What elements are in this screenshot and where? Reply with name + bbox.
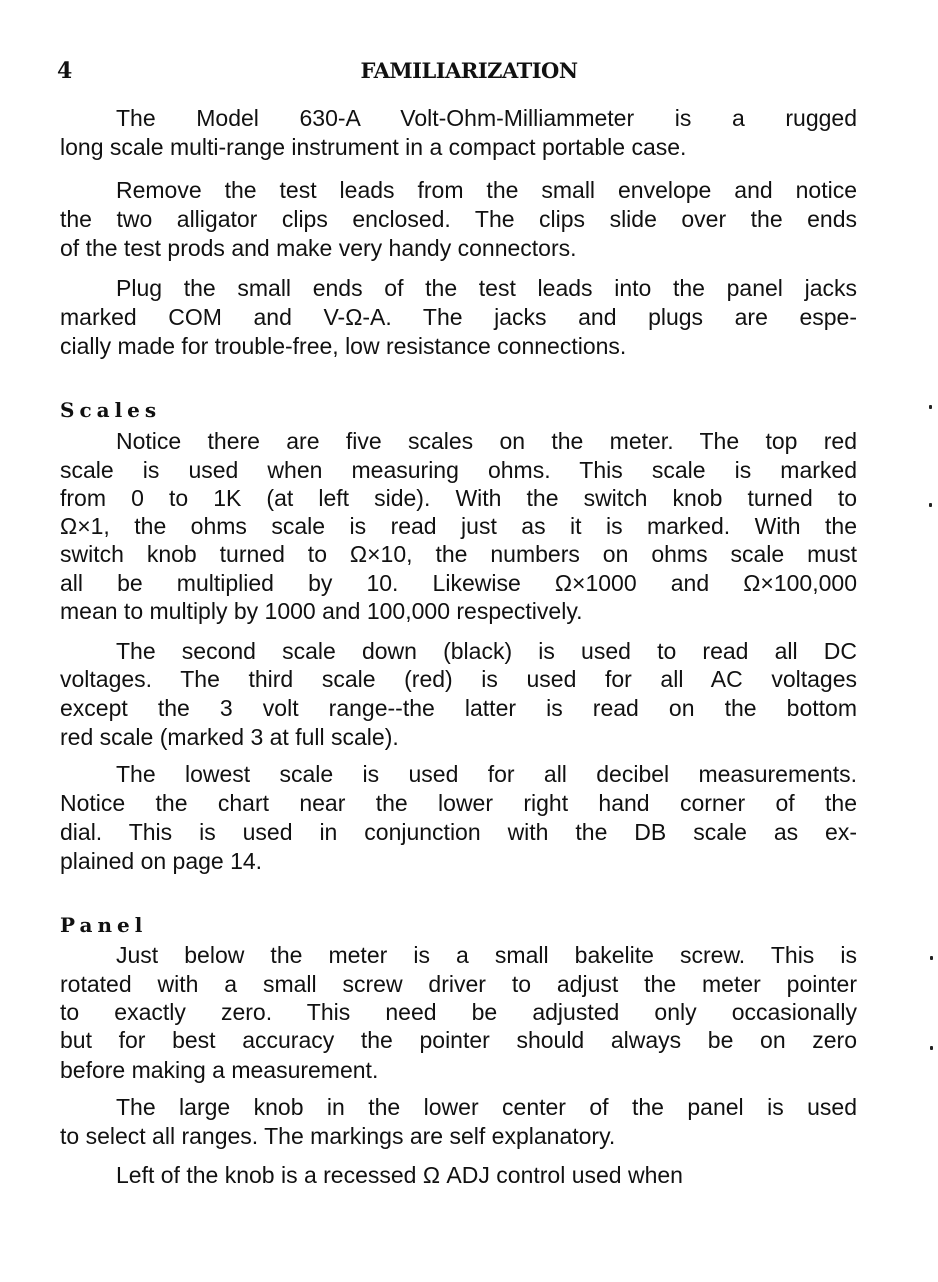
text-line: Plug the small ends of the test leads in…	[116, 274, 857, 303]
text-line: but for best accuracy the pointer should…	[60, 1026, 857, 1055]
text-line: The second scale down (black) is used to…	[116, 637, 857, 666]
scan-speck	[929, 405, 932, 409]
text-line: cially made for trouble-free, low resist…	[60, 332, 857, 361]
text-line: red scale (marked 3 at full scale).	[60, 723, 857, 752]
text-line: before making a measurement.	[60, 1056, 857, 1085]
text-line: Notice there are five scales on the mete…	[116, 427, 857, 456]
text-line: long scale multi-range instrument in a c…	[60, 133, 857, 162]
scan-speck	[930, 956, 933, 960]
text-line: rotated with a small screw driver to adj…	[60, 970, 857, 999]
text-line: of the test prods and make very handy co…	[60, 234, 857, 263]
text-line: from 0 to 1K (at left side). With the sw…	[60, 484, 857, 513]
section-heading-panel: Panel	[60, 913, 147, 937]
text-line: the two alligator clips enclosed. The cl…	[60, 205, 857, 234]
text-line: The large knob in the lower center of th…	[116, 1093, 857, 1122]
text-line: The Model 630-A Volt-Ohm-Milliammeter is…	[116, 104, 857, 133]
text-line: Remove the test leads from the small env…	[116, 176, 857, 205]
text-line: plained on page 14.	[60, 847, 857, 876]
text-line: Ω×1, the ohms scale is read just as it i…	[60, 512, 857, 541]
text-line: dial. This is used in conjunction with t…	[60, 818, 857, 847]
text-line: marked COM and V-Ω-A. The jacks and plug…	[60, 303, 857, 332]
text-line: Left of the knob is a recessed Ω ADJ con…	[116, 1161, 857, 1190]
running-head: FAMILIARIZATION	[0, 58, 938, 83]
scan-speck	[929, 503, 932, 507]
text-line: The lowest scale is used for all decibel…	[116, 760, 857, 789]
text-line: scale is used when measuring ohms. This …	[60, 456, 857, 485]
text-line: except the 3 volt range--the latter is r…	[60, 694, 857, 723]
text-line: switch knob turned to Ω×10, the numbers …	[60, 540, 857, 569]
text-line: Just below the meter is a small bakelite…	[116, 941, 857, 970]
text-line: mean to multiply by 1000 and 100,000 res…	[60, 597, 857, 626]
text-line: to select all ranges. The markings are s…	[60, 1122, 857, 1151]
scan-speck	[930, 1046, 933, 1050]
text-line: Notice the chart near the lower right ha…	[60, 789, 857, 818]
document-page: 4 FAMILIARIZATION The Model 630-A Volt-O…	[0, 0, 938, 1282]
text-line: all be multiplied by 10. Likewise Ω×1000…	[60, 569, 857, 598]
section-heading-scales: Scales	[60, 398, 161, 422]
text-line: to exactly zero. This need be adjusted o…	[60, 998, 857, 1027]
text-line: voltages. The third scale (red) is used …	[60, 665, 857, 694]
